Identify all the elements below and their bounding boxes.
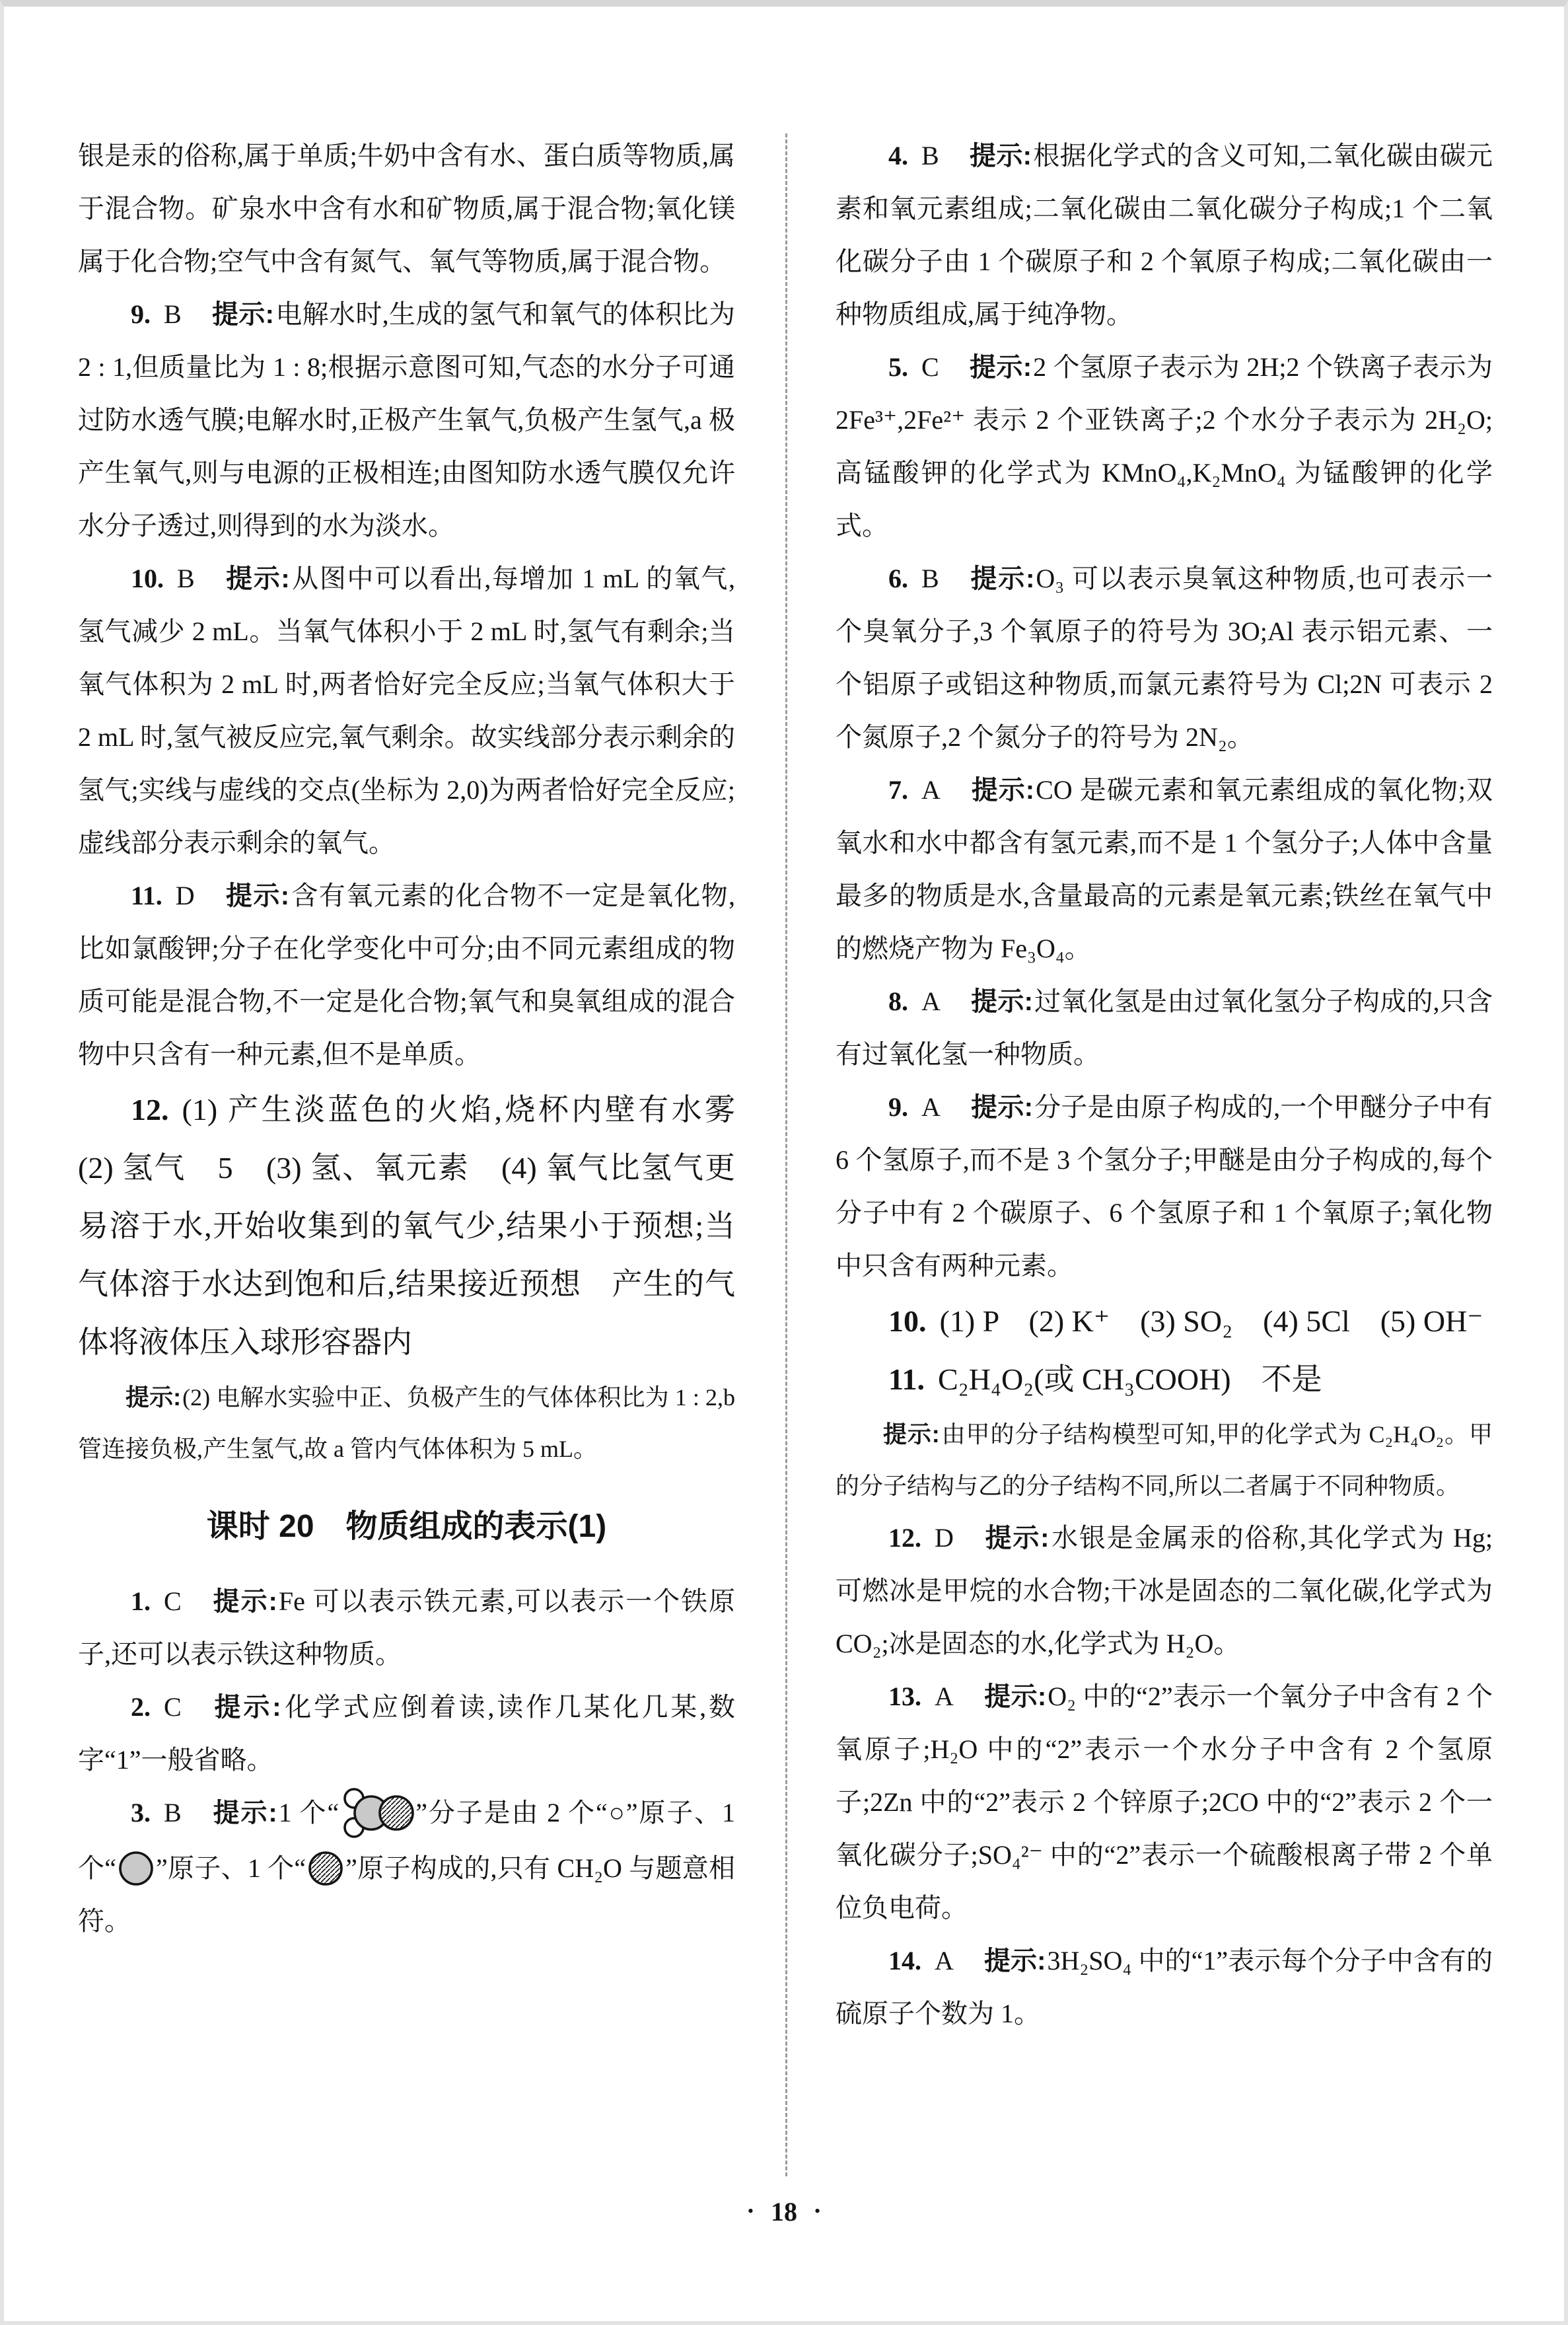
answer-item-10r: 10.(1) P (2) K⁺ (3) SO₂ (4) 5Cl (5) OH⁻ [836, 1292, 1493, 1350]
gray-atom-icon [118, 1850, 155, 1887]
item-number: 5. [888, 352, 908, 382]
ch2o-molecule-icon [340, 1787, 414, 1839]
hint-label: 提示: [971, 987, 1033, 1016]
hint-label: 提示: [970, 141, 1032, 170]
hint-text-segment: ”分子是由 2 个“○”原子、 [415, 1798, 722, 1827]
item-number: 14. [888, 1946, 921, 1975]
item-answer-text: (1) 产生淡蓝色的火焰,烧杯内壁有水雾 (2) 氢气 5 (3) 氢、氧元素 … [78, 1093, 766, 1359]
hint-label: 提示: [970, 353, 1032, 382]
item-answer: A [935, 1681, 954, 1711]
item-answer: B [164, 299, 182, 329]
hint-text: 从图中可以看出,每增加 1 mL 的氧气,氢气减少 2 mL。当氧气体积小于 2… [78, 564, 735, 858]
item-answer: C [164, 1692, 182, 1722]
item-number: 11. [888, 1362, 925, 1396]
footer-dot: • [748, 2201, 754, 2221]
page-columns: 银是汞的俗称,属于单质;牛奶中含有水、蛋白质等物质,属于混合物。矿泉水中含有水和… [4, 7, 1564, 2040]
hint-text: O₂ 中的“2”表示一个氧分子中含有 2 个氧原子;H₂O 中的“2”表示一个水… [836, 1681, 1493, 1923]
hint-label: 提示: [212, 1587, 277, 1616]
answer-item-3: 3.B提示:1 个“”分子是由 2 个“○”原子、1 个“”原子、1 个“”原子… [78, 1787, 735, 1948]
answer-item-1: 1.C提示:Fe 可以表示铁元素,可以表示一个铁原子,还可以表示铁这种物质。 [78, 1575, 735, 1681]
hint-label: 提示: [212, 1693, 281, 1722]
hint-label: 提示: [984, 1946, 1046, 1975]
item-answer: D [176, 881, 195, 910]
continuation-paragraph: 银是汞的俗称,属于单质;牛奶中含有水、蛋白质等物质,属于混合物。矿泉水中含有水和… [78, 129, 735, 288]
item-number: 8. [888, 986, 908, 1016]
paragraph-text: 银是汞的俗称,属于单质;牛奶中含有水、蛋白质等物质,属于混合物。矿泉水中含有水和… [78, 141, 735, 276]
answer-item-10: 10.B提示:从图中可以看出,每增加 1 mL 的氧气,氢气减少 2 mL。当氧… [78, 552, 735, 869]
item-answer: A [921, 1092, 941, 1122]
item-answer: C [921, 352, 939, 382]
item-number: 9. [131, 299, 151, 329]
hint-label: 提示: [971, 776, 1034, 805]
answer-item-12: 12.(1) 产生淡蓝色的火焰,烧杯内壁有水雾 (2) 氢气 5 (3) 氢、氧… [78, 1081, 735, 1372]
page-footer: •18• [4, 2196, 1564, 2227]
footer-dot: • [814, 2201, 820, 2221]
answer-book-page: 银是汞的俗称,属于单质;牛奶中含有水、蛋白质等物质,属于混合物。矿泉水中含有水和… [0, 0, 1568, 2325]
answer-item-11r: 11.C₂H₄O₂(或 CH₃COOH) 不是 [836, 1350, 1493, 1409]
column-gap [735, 129, 836, 2040]
item-answer-text: (1) P (2) K⁺ (3) SO₂ (4) 5Cl (5) OH⁻ [940, 1304, 1483, 1338]
page-number: 18 [771, 2197, 797, 2227]
item-number: 13. [888, 1681, 921, 1711]
column-divider [785, 133, 787, 2176]
item-number: 12. [888, 1523, 921, 1553]
hint-label: 提示: [125, 1384, 181, 1411]
item-answer: D [935, 1523, 954, 1553]
item-number: 11. [131, 881, 162, 910]
item-number: 3. [131, 1798, 151, 1827]
item-answer: A [935, 1946, 954, 1975]
item-number: 10. [131, 564, 164, 593]
item-12-hint: 提示:(2) 电解水实验中正、负极产生的气体体积比为 1 : 2,b 管连接负极… [78, 1372, 735, 1475]
answer-item-2: 2.C提示:化学式应倒着读,读作几某化几某,数字“1”一般省略。 [78, 1681, 735, 1787]
answer-item-9r: 9.A提示:分子是由原子构成的,一个甲醚分子中有 6 个氢原子,而不是 3 个氢… [836, 1081, 1493, 1292]
item-number: 12. [131, 1093, 169, 1126]
section-title: 课时 20 物质组成的表示(1) [78, 1498, 735, 1555]
hint-text-segment: 1 个“ [279, 1798, 339, 1827]
item-number: 10. [888, 1304, 927, 1338]
right-column: 4.B提示:根据化学式的含义可知,二氧化碳由碳元素和氧元素组成;二氧化碳由二氧化… [836, 129, 1493, 2040]
hint-label: 提示: [984, 1524, 1050, 1553]
answer-item-14: 14.A提示:3H₂SO₄ 中的“1”表示每个分子中含有的硫原子个数为 1。 [836, 1935, 1493, 2040]
answer-item-9: 9.B提示:电解水时,生成的氢气和氧气的体积比为 2 : 1,但质量比为 1 :… [78, 288, 735, 552]
hint-label: 提示: [212, 1798, 277, 1827]
item-answer: C [164, 1586, 182, 1616]
answer-item-11: 11.D提示:含有氧元素的化合物不一定是氧化物,比如氯酸钾;分子在化学变化中可分… [78, 869, 735, 1081]
item-number: 9. [888, 1092, 908, 1122]
hatched-atom-icon [307, 1850, 344, 1887]
item-answer-text: C₂H₄O₂(或 CH₃COOH) 不是 [938, 1362, 1322, 1396]
answer-item-7: 7.A提示:CO 是碳元素和氧元素组成的氧化物;双氧水和水中都含有氢元素,而不是… [836, 764, 1493, 975]
hint-label: 提示: [984, 1682, 1046, 1711]
item-number: 2. [131, 1692, 151, 1722]
hint-label: 提示: [225, 881, 289, 910]
answer-item-13: 13.A提示:O₂ 中的“2”表示一个氧分子中含有 2 个氧原子;H₂O 中的“… [836, 1670, 1493, 1935]
hint-label: 提示: [225, 564, 290, 593]
hint-label: 提示: [970, 564, 1035, 593]
answer-item-4: 4.B提示:根据化学式的含义可知,二氧化碳由碳元素和氧元素组成;二氧化碳由二氧化… [836, 129, 1493, 341]
item-number: 4. [888, 141, 908, 170]
item-answer: B [177, 564, 195, 593]
hint-label: 提示: [883, 1421, 940, 1448]
item-number: 1. [131, 1586, 151, 1616]
answer-item-12r: 12.D提示:水银是金属汞的俗称,其化学式为 Hg;可燃冰是甲烷的水合物;干冰是… [836, 1512, 1493, 1670]
hint-label: 提示: [212, 300, 274, 329]
item-answer: A [921, 986, 941, 1016]
answer-item-5: 5.C提示:2 个氢原子表示为 2H;2 个铁离子表示为 2Fe³⁺,2Fe²⁺… [836, 341, 1493, 552]
item-answer: B [164, 1798, 182, 1827]
item-answer: A [921, 775, 941, 805]
left-column: 银是汞的俗称,属于单质;牛奶中含有水、蛋白质等物质,属于混合物。矿泉水中含有水和… [78, 129, 735, 2040]
item-number: 7. [888, 775, 908, 805]
hint-text-segment: ”原子、1 个“ [156, 1853, 306, 1883]
item-answer: B [921, 141, 939, 170]
answer-item-6: 6.B提示:O₃ 可以表示臭氧这种物质,也可表示一个臭氧分子,3 个氧原子的符号… [836, 552, 1493, 764]
hint-text: 电解水时,生成的氢气和氧气的体积比为 2 : 1,但质量比为 1 : 8;根据示… [78, 299, 735, 540]
answer-item-8: 8.A提示:过氧化氢是由过氧化氢分子构成的,只含有过氧化氢一种物质。 [836, 975, 1493, 1081]
item-11r-hint: 提示:由甲的分子结构模型可知,甲的化学式为 C₂H₄O₂。甲的分子结构与乙的分子… [836, 1409, 1493, 1512]
item-answer: B [921, 564, 939, 593]
item-number: 6. [888, 564, 908, 593]
hint-label: 提示: [971, 1093, 1033, 1122]
